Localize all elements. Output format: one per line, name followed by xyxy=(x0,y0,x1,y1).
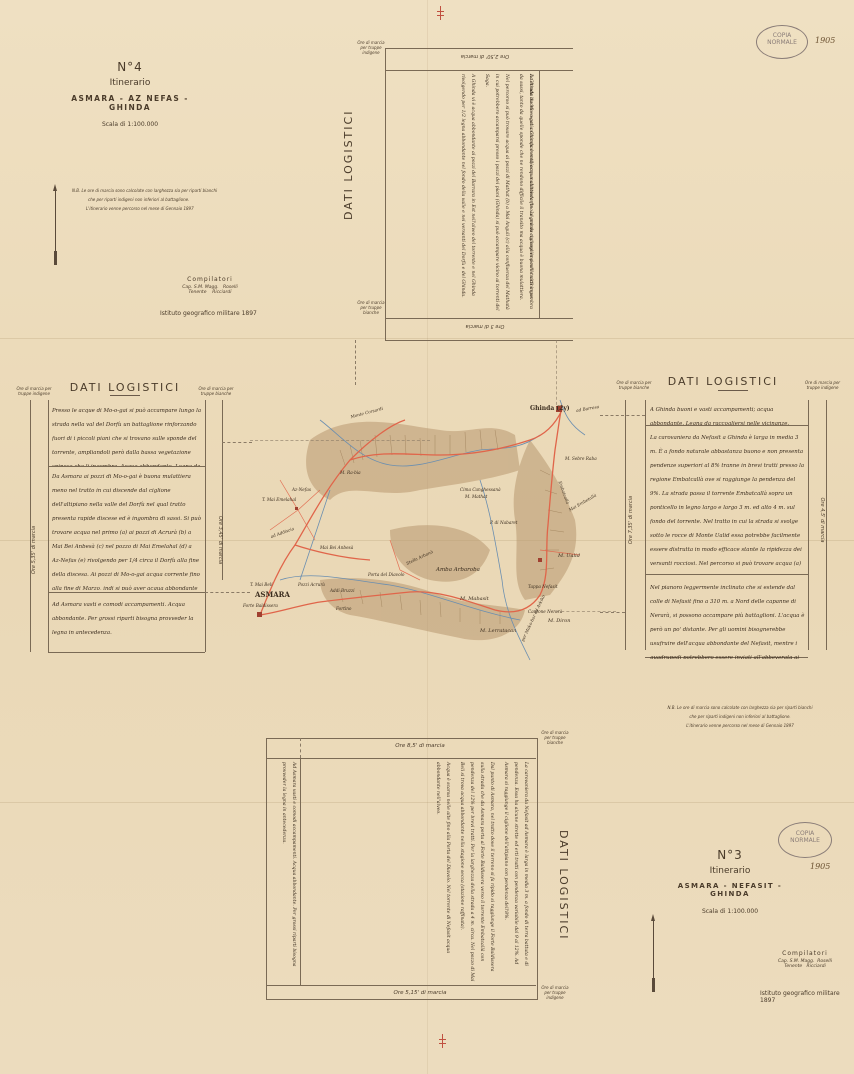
compiler-name: Ricciardi xyxy=(212,290,231,295)
map-label: M. Lerratacan xyxy=(480,628,516,634)
compilers-block: Compilatori Cap. S.M. Magg. Roselli Tene… xyxy=(765,950,845,969)
march-hours-label: Ore 7,35' di marcia xyxy=(629,480,634,560)
copy-stamp: COPIA NORMALE xyxy=(756,25,808,59)
title-underline xyxy=(110,395,140,396)
note-line: L'itinerario venne percorso nel mese di … xyxy=(640,721,840,730)
march-hours-label: Ore 5,35' di marcia xyxy=(32,510,37,590)
north-arrow-icon xyxy=(55,190,56,265)
logistics-paragraph: A Ghinda vi è acqua abbondante ai pozzi … xyxy=(457,74,477,314)
logistics-paragraph: Nel pianoro leggermente inclinato che si… xyxy=(650,581,806,659)
map-label: Fortino xyxy=(336,606,351,611)
header-bianche: Ore di marcia per truppe bianche xyxy=(356,300,386,315)
logistics-paragraph: A Ghinda buoni e vasti accampamenti; acq… xyxy=(650,403,806,425)
logistics-paragraph: La carovaniera da Nefasit ad Asmara è la… xyxy=(500,762,530,982)
map-label: T. Mai Emelahal xyxy=(262,497,296,502)
map-label: Tappa Nefasit xyxy=(528,584,558,589)
header-indigeni: Ore di marcia per truppe indigene xyxy=(14,386,54,396)
panel-border xyxy=(385,340,573,341)
map-label: Amba Arbaroba xyxy=(436,567,480,573)
logistics-paragraph: Ad Asmara vasti e comodi accampamenti. A… xyxy=(52,598,202,640)
panel-border xyxy=(48,400,49,652)
section-title: DATI LOGISTICI xyxy=(60,381,190,394)
connector-line xyxy=(300,738,301,758)
map-label: M. Mabasit xyxy=(460,596,489,602)
connector-line xyxy=(355,340,356,385)
panel-border xyxy=(808,400,809,650)
header-indigeni: Ore di marcia per truppe indigene xyxy=(540,985,570,1000)
left-panel-text: Presso le acque di Mo-o-gai si può accam… xyxy=(52,404,202,640)
panel-border xyxy=(205,400,206,652)
header-bianche: Ore di marcia per truppe bianche xyxy=(196,386,236,396)
route-map xyxy=(240,380,620,670)
logistics-paragraph: Presso le acque di Mo-o-gai si può accam… xyxy=(52,404,202,466)
logistics-paragraph: La carovaniera da Nefasit a Ghinda è lar… xyxy=(650,431,806,573)
sheet4-title-block: N°4 Itinerario ASMARA - AZ NEFAS - GHIND… xyxy=(60,60,200,128)
map-label: Pozzi Acrurà xyxy=(298,582,325,587)
map-label: M. Mathat xyxy=(465,494,487,499)
stamp-text: NORMALE xyxy=(757,39,807,46)
connector-line xyxy=(556,611,616,612)
sheet-number: N°3 xyxy=(660,848,800,862)
map-label: M. Ualid xyxy=(558,553,580,559)
panel-border xyxy=(48,652,205,653)
march-hours-bottom: Ore 5,15' di marcia xyxy=(360,991,480,996)
map-label: M. Ra-bia xyxy=(340,470,361,475)
map-label-asmara: ASMARA xyxy=(255,590,290,599)
map-label: Mai Bei Anbesà xyxy=(320,545,353,550)
route-title: ASMARA - AZ NEFAS - GHINDA xyxy=(60,94,200,112)
map-label: M. Sebre Raba xyxy=(565,456,597,461)
north-arrow-icon xyxy=(653,920,654,992)
march-hours-label: Ore 4,5' di marcia xyxy=(819,480,824,560)
stamp-text: COPIA xyxy=(779,830,831,837)
scale-label: Scala di 1:100.000 xyxy=(660,908,800,915)
logistics-paragraph: Nel percorso si può trovare acqua ai poz… xyxy=(481,74,511,314)
map-label: Cima Canghessanà xyxy=(460,487,501,492)
top-panel-text: A Ghinda buoni e vasti accampamenti; acq… xyxy=(535,74,775,224)
panel-border xyxy=(385,48,573,49)
panel-border xyxy=(266,985,536,986)
header-bianche: Ore di marcia per truppe bianche xyxy=(540,730,570,745)
map-label-ghinda: Ghinda (2y) xyxy=(530,405,570,412)
right-panel-text: A Ghinda buoni e vasti accampamenti; acq… xyxy=(650,403,806,659)
compiler-name: Ricciardi xyxy=(806,964,825,969)
side-march-hours: Ore 7,35' di marcia xyxy=(625,500,645,580)
logistics-paragraph: Acqua è scarsa nelle alte fino alla Port… xyxy=(432,762,452,982)
sheet3-title-block: N°3 Itinerario ASMARA - NEFASIT - GHINDA… xyxy=(660,848,800,915)
panel-border xyxy=(385,318,573,319)
panel-border xyxy=(266,758,536,759)
map-label: P. di Nabaret xyxy=(490,520,517,525)
note-line: N.B. Le ore di marcia sono calcolate con… xyxy=(72,186,217,195)
panel-divider xyxy=(300,758,301,985)
registration-mark-icon xyxy=(442,1034,443,1048)
side-march-hours: Ore 5,35' di marcia xyxy=(28,520,48,600)
itinerary-label: Itinerario xyxy=(660,866,800,876)
map-label: M. Diron xyxy=(548,618,571,624)
map-label: T. Mai Beli xyxy=(250,582,273,587)
logistics-paragraph: La strada da Mo-o-gai a Ghinda è mediocr… xyxy=(515,74,535,314)
note-line: che per riparti indigeni non inferiori a… xyxy=(72,195,217,204)
compiler-rank: Tenente xyxy=(189,290,207,295)
logistics-paragraph: Da Asmara ai pozzi di Mo-o-gai è buona m… xyxy=(52,470,202,590)
note-block: N.B. Le ore di marcia sono calcolate con… xyxy=(72,186,217,213)
route-title: ASMARA - NEFASIT - GHINDA xyxy=(660,882,800,898)
compilers-title: Compilatori xyxy=(765,950,845,957)
sheet-number: N°4 xyxy=(60,60,200,74)
stamp-text: COPIA xyxy=(757,32,807,39)
section-title: DATI LOGISTICI xyxy=(557,830,570,940)
header-bianche: Ore di marcia per truppe bianche xyxy=(614,380,654,390)
itinerary-label: Itinerario xyxy=(60,78,200,88)
map-label: Addi Bruzzi xyxy=(330,588,355,593)
connector-line xyxy=(250,440,430,441)
registration-mark-icon xyxy=(440,6,441,20)
title-underline xyxy=(718,390,748,391)
map-label: Forte Baldissera xyxy=(243,603,278,608)
stamp-text: NORMALE xyxy=(779,837,831,844)
march-hours-top: Ore 8,5' di marcia xyxy=(360,744,480,749)
compiler-rank: Tenente xyxy=(784,964,802,969)
note-block: N.B. Le ore di marcia sono calcolate con… xyxy=(640,703,840,730)
institute-label: Istituto geografico militare 1897 xyxy=(760,990,854,1004)
institute-label: Istituto geografico militare 1897 xyxy=(160,310,257,317)
connector-line xyxy=(556,340,557,410)
map-label: Porta del Diavolo xyxy=(368,572,404,577)
section-title: DATI LOGISTICI xyxy=(658,375,788,388)
note-line: L'itinerario venne percorso nel mese di … xyxy=(72,204,217,213)
logistics-paragraph: Ad Asmara vasti e comodi accampamenti. A… xyxy=(278,762,298,982)
panel-border xyxy=(645,400,646,650)
note-line: N.B. Le ore di marcia sono calcolate con… xyxy=(640,703,840,712)
year-annotation: 1905 xyxy=(810,862,830,871)
header-indigeni: Ore di marcia per truppe indigene xyxy=(356,40,386,55)
logistics-paragraph: Dal punto di Asmara, nel tratto dove il … xyxy=(456,762,496,982)
note-line: che per riparti indigeni non inferiori a… xyxy=(640,712,840,721)
year-annotation: 1905 xyxy=(815,36,835,45)
march-hours-bottom: Ore 3 di marcia xyxy=(440,323,530,328)
side-march-hours: Ore 3,45' di marcia xyxy=(210,500,230,580)
march-hours-top: Ore 2,50' di marcia xyxy=(440,53,530,58)
map-label: Az-Nefas xyxy=(292,487,311,492)
side-march-hours: Ore 4,5' di marcia xyxy=(810,480,830,560)
panel-border xyxy=(385,70,573,71)
section-title: DATI LOGISTICI xyxy=(342,110,355,220)
march-hours-label: Ore 3,45' di marcia xyxy=(217,500,222,580)
scale-label: Scala di 1:100.000 xyxy=(60,121,200,128)
compilers-title: Compilatori xyxy=(170,276,250,283)
compilers-block: Compilatori Cap. S.M. Magg. Roselli Tene… xyxy=(170,276,250,295)
header-indigeni: Ore di marcia per truppe indigene xyxy=(800,380,845,390)
